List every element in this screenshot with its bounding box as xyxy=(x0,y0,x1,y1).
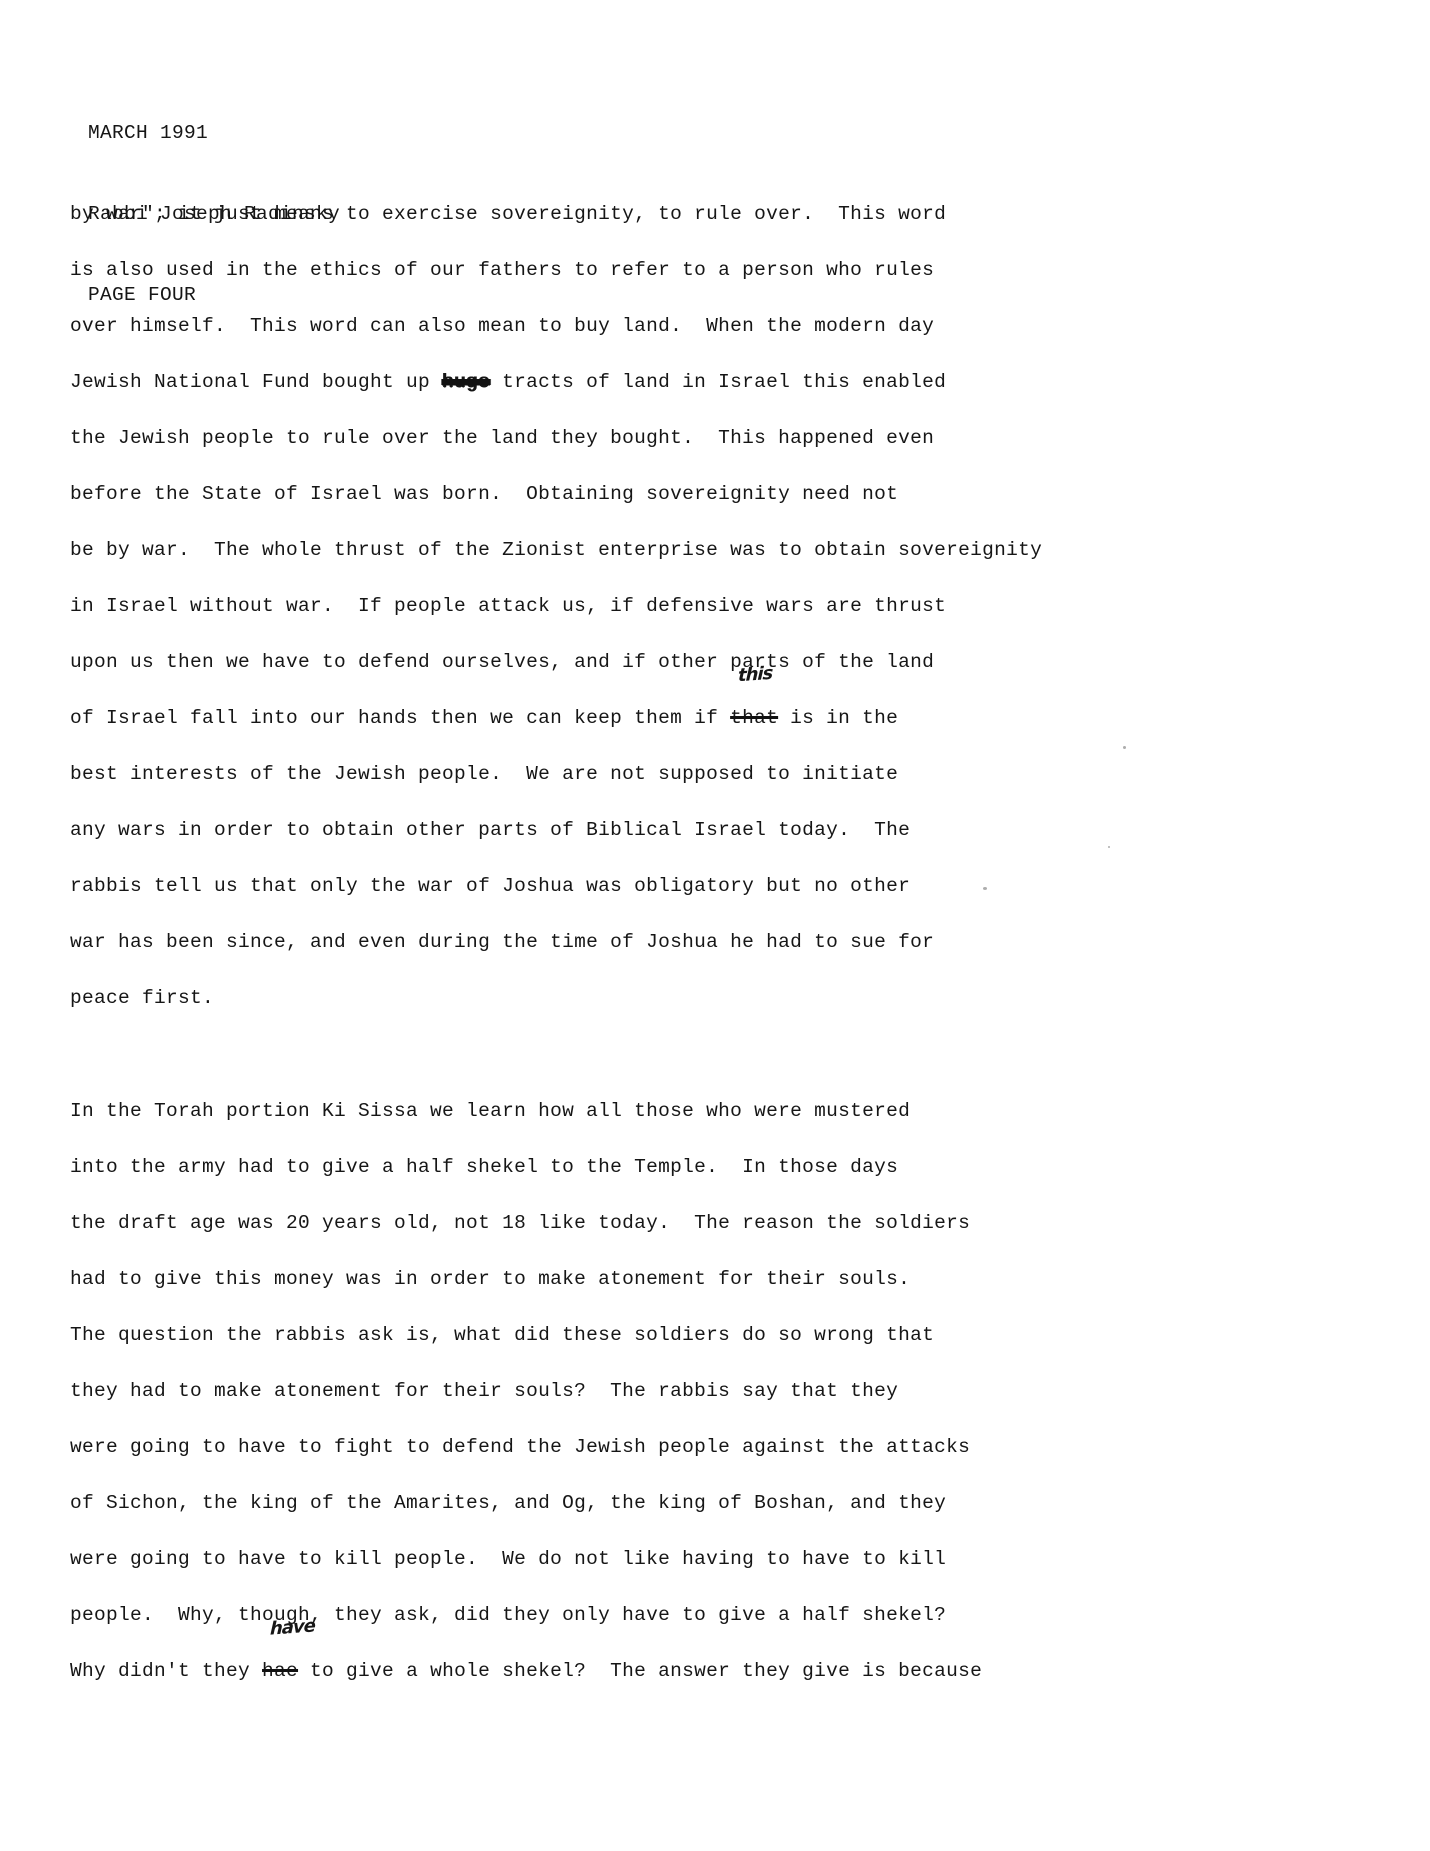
text-line: In the Torah portion Ki Sissa we learn h… xyxy=(70,1083,1150,1139)
text-line: war has been since, and even during the … xyxy=(70,914,1150,970)
text-line: of Sichon, the king of the Amarites, and… xyxy=(70,1475,1150,1531)
scan-speck xyxy=(1108,846,1110,848)
text-line: were going to have to kill people. We do… xyxy=(70,1531,1150,1587)
text-line: any wars in order to obtain other parts … xyxy=(70,802,1150,858)
text-line: the draft age was 20 years old, not 18 l… xyxy=(70,1195,1150,1251)
text-segment: is in the xyxy=(778,707,898,729)
paragraph: by war"; it just means to exercise sover… xyxy=(70,186,1150,1026)
text-segment: were going to have to kill people. We do… xyxy=(70,1548,946,1570)
text-segment: any wars in order to obtain other parts … xyxy=(70,819,910,841)
text-segment: of Israel fall into our hands then we ca… xyxy=(70,707,730,729)
text-segment: to give a whole shekel? The answer they … xyxy=(298,1660,982,1682)
text-segment: Jewish National Fund bought up xyxy=(70,371,442,393)
handwritten-correction: this xyxy=(738,665,773,685)
text-line: be by war. The whole thrust of the Zioni… xyxy=(70,522,1150,578)
text-segment: war has been since, and even during the … xyxy=(70,931,934,953)
text-line: in Israel without war. If people attack … xyxy=(70,578,1150,634)
text-line: people. Why, though, they ask, did they … xyxy=(70,1587,1150,1643)
header-date: MARCH 1991 xyxy=(88,120,340,147)
text-line: into the army had to give a half shekel … xyxy=(70,1139,1150,1195)
text-segment: were going to have to fight to defend th… xyxy=(70,1436,970,1458)
text-line: upon us then we have to defend ourselves… xyxy=(70,634,1150,690)
text-segment: Why didn't they xyxy=(70,1660,262,1682)
text-segment: be by war. The whole thrust of the Zioni… xyxy=(70,539,1042,561)
text-segment: peace first. xyxy=(70,987,214,1009)
scan-speck xyxy=(1123,746,1126,749)
scan-speck xyxy=(983,887,987,890)
text-line: were going to have to fight to defend th… xyxy=(70,1419,1150,1475)
text-segment: people. Why, though, they ask, did they … xyxy=(70,1604,946,1626)
text-segment: is also used in the ethics of our father… xyxy=(70,259,934,281)
text-line: had to give this money was in order to m… xyxy=(70,1251,1150,1307)
text-segment: before the State of Israel was born. Obt… xyxy=(70,483,898,505)
text-segment: over himself. This word can also mean to… xyxy=(70,315,934,337)
paragraph: In the Torah portion Ki Sissa we learn h… xyxy=(70,1083,1150,1699)
text-segment: the Jewish people to rule over the land … xyxy=(70,427,934,449)
text-segment: The question the rabbis ask is, what did… xyxy=(70,1324,934,1346)
text-segment: best interests of the Jewish people. We … xyxy=(70,763,898,785)
text-line: Jewish National Fund bought up huge trac… xyxy=(70,354,1150,410)
text-segment: In the Torah portion Ki Sissa we learn h… xyxy=(70,1100,910,1122)
handwritten-correction: have xyxy=(270,1617,315,1638)
text-segment: into the army had to give a half shekel … xyxy=(70,1156,898,1178)
text-line: best interests of the Jewish people. We … xyxy=(70,746,1150,802)
text-line: before the State of Israel was born. Obt… xyxy=(70,466,1150,522)
text-segment: had to give this money was in order to m… xyxy=(70,1268,910,1290)
struck-word: haehave xyxy=(262,1643,298,1699)
text-segment: they had to make atonement for their sou… xyxy=(70,1380,898,1402)
scanned-document-page: MARCH 1991 Rabbi Joseph Radinsky PAGE FO… xyxy=(0,0,1430,1851)
text-line: of Israel fall into our hands then we ca… xyxy=(70,690,1150,746)
text-line: The question the rabbis ask is, what did… xyxy=(70,1307,1150,1363)
text-segment: by war"; it just means to exercise sover… xyxy=(70,203,946,225)
text-line: over himself. This word can also mean to… xyxy=(70,298,1150,354)
text-line: they had to make atonement for their sou… xyxy=(70,1363,1150,1419)
text-segment: tracts of land in Israel this enabled xyxy=(490,371,946,393)
text-line: Why didn't they haehave to give a whole … xyxy=(70,1643,1150,1699)
text-line: rabbis tell us that only the war of Josh… xyxy=(70,858,1150,914)
document-body: by war"; it just means to exercise sover… xyxy=(70,186,1150,1699)
text-line: the Jewish people to rule over the land … xyxy=(70,410,1150,466)
struck-word: thatthis xyxy=(730,690,778,746)
text-segment: rabbis tell us that only the war of Josh… xyxy=(70,875,910,897)
text-segment: the draft age was 20 years old, not 18 l… xyxy=(70,1212,970,1234)
text-segment: upon us then we have to defend ourselves… xyxy=(70,651,934,673)
struck-word: huge xyxy=(442,354,490,410)
text-segment: of Sichon, the king of the Amarites, and… xyxy=(70,1492,946,1514)
text-line: by war"; it just means to exercise sover… xyxy=(70,186,1150,242)
text-line: peace first. xyxy=(70,970,1150,1026)
text-line: is also used in the ethics of our father… xyxy=(70,242,1150,298)
text-segment: in Israel without war. If people attack … xyxy=(70,595,946,617)
